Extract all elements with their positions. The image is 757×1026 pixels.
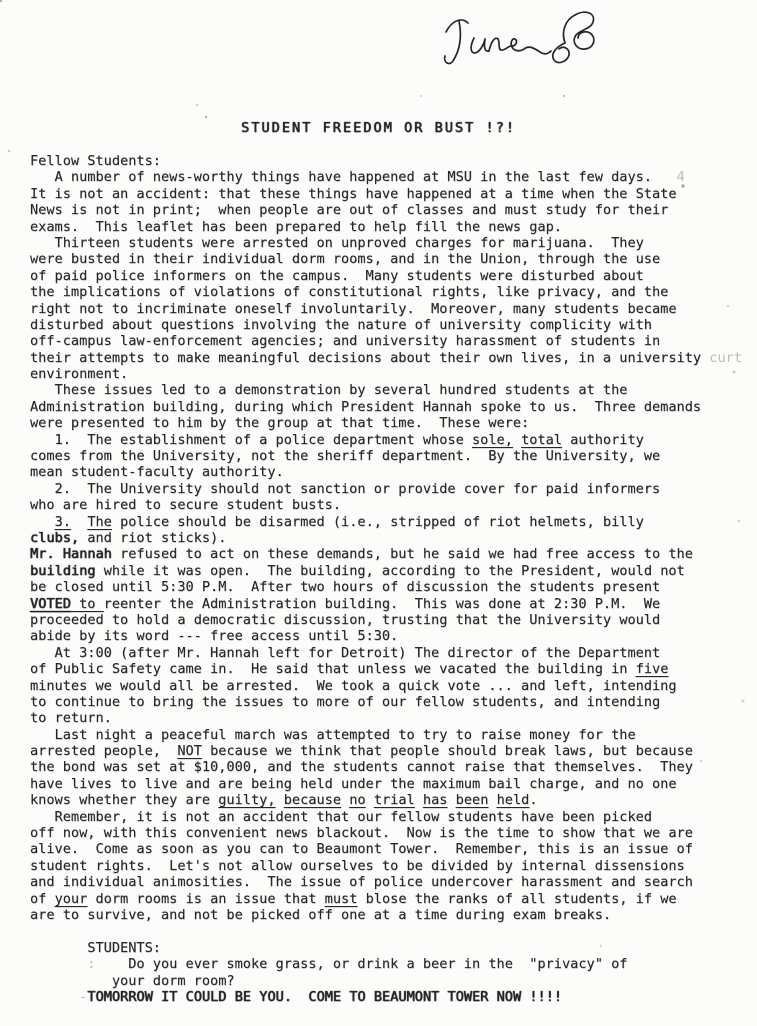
- text-run: police should be disarmed (i.e., strippe…: [112, 514, 644, 530]
- text-line: : Do you ever smoke grass, or drink a be…: [30, 956, 757, 972]
- text-line: comes from the University, not the sheri…: [30, 448, 757, 464]
- text-line: off-campus law-enforcement agencies; and…: [30, 333, 757, 349]
- text-line: their attempts to make meaningful decisi…: [30, 350, 757, 366]
- text-line: Fellow Students:: [30, 153, 757, 169]
- text-run: because we think that people should brea…: [202, 743, 693, 759]
- text-run: off-campus law-enforcement agencies; and…: [30, 333, 660, 349]
- text-run: were presented to him by the group at th…: [30, 415, 529, 431]
- text-line: were busted in their individual dorm roo…: [30, 251, 757, 267]
- text-line: the bond was set at $10,000, and the stu…: [30, 759, 757, 775]
- text-run: [30, 956, 87, 972]
- text-line: News is not in print; when people are ou…: [30, 202, 757, 218]
- text-run: dorm rooms is an issue that: [87, 891, 324, 907]
- text-run: At 3:00 (after Mr. Hannah left for Detro…: [30, 645, 660, 661]
- text-run: authority: [562, 432, 644, 448]
- document-title: STUDENT FREEDOM OR BUST !?!: [241, 120, 516, 136]
- text-run: were busted in their individual dorm roo…: [30, 251, 660, 267]
- text-run: These issues led to a demonstration by s…: [30, 382, 627, 398]
- text-run: blose the ranks of all students, if we: [357, 891, 676, 907]
- underlined-text: VOTED: [30, 596, 71, 612]
- text-line: building while it was open. The building…: [30, 563, 757, 579]
- text-run: your dorm room?: [30, 973, 235, 989]
- text-run: STUDENTS:: [30, 940, 161, 956]
- underlined-text: because: [284, 792, 341, 808]
- underlined-text: held: [497, 792, 530, 808]
- text-run: student rights. Let's not allow ourselve…: [30, 858, 685, 874]
- text-line: off now, with this convenient news black…: [30, 825, 757, 841]
- text-run: of Public Safety came in. He said that u…: [30, 661, 636, 677]
- text-run: clubs,: [30, 530, 79, 546]
- underlined-text: been: [456, 792, 489, 808]
- faint-mark: -: [79, 989, 87, 1005]
- text-run: of paid police informers on the campus. …: [30, 268, 644, 284]
- text-run: disturbed about questions involving the …: [30, 317, 652, 333]
- text-run: building: [30, 563, 95, 579]
- text-line: A number of news-worthy things have happ…: [30, 169, 757, 185]
- text-run: [415, 792, 423, 808]
- text-line: mean student-faculty authority.: [30, 464, 757, 480]
- text-line: -TOMORROW IT COULD BE YOU. COME TO BEAUM…: [30, 989, 757, 1005]
- underlined-text: five: [636, 661, 669, 677]
- text-line: arrested people, NOT because we think th…: [30, 743, 757, 759]
- text-run: their attempts to make meaningful decisi…: [30, 350, 709, 366]
- underlined-text: guilty,: [218, 792, 275, 808]
- text-run: It is not an accident: that these things…: [30, 186, 677, 202]
- text-run: Remember, it is not an accident that our…: [30, 809, 652, 825]
- underlined-text: trial: [374, 792, 415, 808]
- text-run: alive. Come as soon as you can to Beaumo…: [30, 841, 693, 857]
- text-run: the implications of violations of consti…: [30, 284, 668, 300]
- text-run: [30, 989, 79, 1005]
- text-run: abide by its word --- free access until …: [30, 628, 398, 644]
- text-line: These issues led to a demonstration by s…: [30, 382, 757, 398]
- faint-mark: 4: [677, 169, 685, 185]
- text-line: of paid police informers on the campus. …: [30, 268, 757, 284]
- document-body: Fellow Students: A number of news-worthy…: [30, 153, 757, 1005]
- text-run: [276, 792, 284, 808]
- text-run: News is not in print; when people are ou…: [30, 202, 668, 218]
- text-line: Last night a peaceful march was attempte…: [30, 727, 757, 743]
- text-run: minutes we would all be arrested. We too…: [30, 678, 677, 694]
- text-run: have lives to live and are being held un…: [30, 776, 677, 792]
- text-run: who are hired to secure student busts.: [30, 497, 341, 513]
- text-run: arrested people,: [30, 743, 177, 759]
- text-run: Thirteen students were arrested on unpro…: [30, 235, 644, 251]
- text-line: Thirteen students were arrested on unpro…: [30, 235, 757, 251]
- text-line: Mr. Hannah refused to act on these deman…: [30, 546, 757, 562]
- underlined-text: total: [521, 432, 562, 448]
- text-run: to return.: [30, 710, 112, 726]
- underlined-text: NOT: [177, 743, 202, 759]
- text-line: of Public Safety came in. He said that u…: [30, 661, 757, 677]
- text-run: are to survive, and not be picked off on…: [30, 907, 611, 923]
- text-run: exams. This leaflet has been prepared to…: [30, 219, 562, 235]
- text-run: while it was open. The building, accordi…: [95, 563, 684, 579]
- text-line: clubs, and riot sticks).: [30, 530, 757, 546]
- faint-mark: curt: [709, 350, 742, 366]
- text-run: to continue to bring the issues to more …: [30, 694, 660, 710]
- text-line: abide by its word --- free access until …: [30, 628, 757, 644]
- text-line: of your dorm rooms is an issue that must…: [30, 891, 757, 907]
- underlined-text: sole,: [472, 432, 513, 448]
- text-line: alive. Come as soon as you can to Beaumo…: [30, 841, 757, 857]
- text-line: to continue to bring the issues to more …: [30, 694, 757, 710]
- text-line: knows whether they are guilty, because n…: [30, 792, 757, 808]
- blank-line: [30, 923, 757, 939]
- text-line: minutes we would all be arrested. We too…: [30, 678, 757, 694]
- text-run: and riot sticks).: [79, 530, 226, 546]
- text-run: Do you ever smoke grass, or drink a beer…: [95, 956, 627, 972]
- text-run: A number of news-worthy things have happ…: [30, 169, 652, 185]
- text-run: .: [529, 792, 537, 808]
- text-line: STUDENTS:: [30, 940, 757, 956]
- text-run: Last night a peaceful march was attempte…: [30, 727, 636, 743]
- text-line: 1. The establishment of a police departm…: [30, 432, 757, 448]
- text-run: [366, 792, 374, 808]
- text-run: of: [30, 891, 55, 907]
- text-line: your dorm room?: [30, 973, 757, 989]
- text-run: refused to act on these demands, but he …: [112, 546, 693, 562]
- underlined-text: 3.: [55, 514, 71, 530]
- text-run: the bond was set at $10,000, and the stu…: [30, 759, 693, 775]
- text-line: to return.: [30, 710, 757, 726]
- text-run: [488, 792, 496, 808]
- text-run: environment.: [30, 366, 128, 382]
- overlined-text: proceeded: [30, 612, 104, 628]
- text-line: proceeded to hold a democratic discussio…: [30, 612, 757, 628]
- underlined-text: The: [87, 514, 112, 530]
- text-line: disturbed about questions involving the …: [30, 317, 757, 333]
- text-run: [652, 169, 677, 185]
- text-run: [30, 514, 55, 530]
- text-run: 2. The University should not sanction or…: [30, 481, 660, 497]
- text-line: student rights. Let's not allow ourselve…: [30, 858, 757, 874]
- text-line: be closed until 5:30 P.M. After two hour…: [30, 579, 757, 595]
- text-line: Remember, it is not an accident that our…: [30, 809, 757, 825]
- text-run: 1. The establishment of a police departm…: [30, 432, 472, 448]
- text-line: 2. The University should not sanction or…: [30, 481, 757, 497]
- text-line: have lives to live and are being held un…: [30, 776, 757, 792]
- text-line: exams. This leaflet has been prepared to…: [30, 219, 757, 235]
- text-run: [341, 792, 349, 808]
- underlined-text: has: [423, 792, 448, 808]
- text-line: Administration building, during which Pr…: [30, 399, 757, 415]
- text-line: were presented to him by the group at th…: [30, 415, 757, 431]
- text-line: environment.: [30, 366, 757, 382]
- text-run: TOMORROW IT COULD BE YOU. COME TO BEAUMO…: [87, 989, 562, 1005]
- text-line: are to survive, and not be picked off on…: [30, 907, 757, 923]
- text-line: 3. The police should be disarmed (i.e., …: [30, 514, 757, 530]
- text-run: Fellow Students:: [30, 153, 161, 169]
- text-line: right not to incriminate oneself involun…: [30, 301, 757, 317]
- text-run: [447, 792, 455, 808]
- faint-mark: :: [87, 956, 95, 972]
- text-run: and individual animosities. The issue of…: [30, 874, 693, 890]
- scan-noise: [0, 0, 2, 2]
- text-line: At 3:00 (after Mr. Hannah left for Detro…: [30, 645, 757, 661]
- text-run: Mr. Hannah: [30, 546, 112, 562]
- text-line: and individual animosities. The issue of…: [30, 874, 757, 890]
- text-line: who are hired to secure student busts.: [30, 497, 757, 513]
- underlined-text: must: [325, 891, 358, 907]
- text-run: off now, with this convenient news black…: [30, 825, 693, 841]
- handwritten-date: June 68: [428, 2, 658, 77]
- underlined-text: your: [55, 891, 88, 907]
- text-line: the implications of violations of consti…: [30, 284, 757, 300]
- text-run: Administration building, during which Pr…: [30, 399, 701, 415]
- text-run: be closed until 5:30 P.M. After two hour…: [30, 579, 660, 595]
- text-run: to reenter the Administration building. …: [71, 596, 660, 612]
- text-run: knows whether they are: [30, 792, 218, 808]
- underlined-text: no: [349, 792, 365, 808]
- text-run: [513, 432, 521, 448]
- text-run: right not to incriminate oneself involun…: [30, 301, 677, 317]
- scanned-leaflet-page: June 68 STUDENT FREEDOM OR BUST !?! Fell…: [0, 0, 757, 1026]
- text-run: mean student-faculty authority.: [30, 464, 284, 480]
- text-line: VOTED to reenter the Administration buil…: [30, 596, 757, 612]
- text-run: comes from the University, not the sheri…: [30, 448, 660, 464]
- text-line: It is not an accident: that these things…: [30, 186, 757, 202]
- text-run: to hold a democratic discussion, trustin…: [104, 612, 661, 628]
- handwriting-scrawl-june-68: [428, 2, 658, 77]
- text-run: [71, 514, 87, 530]
